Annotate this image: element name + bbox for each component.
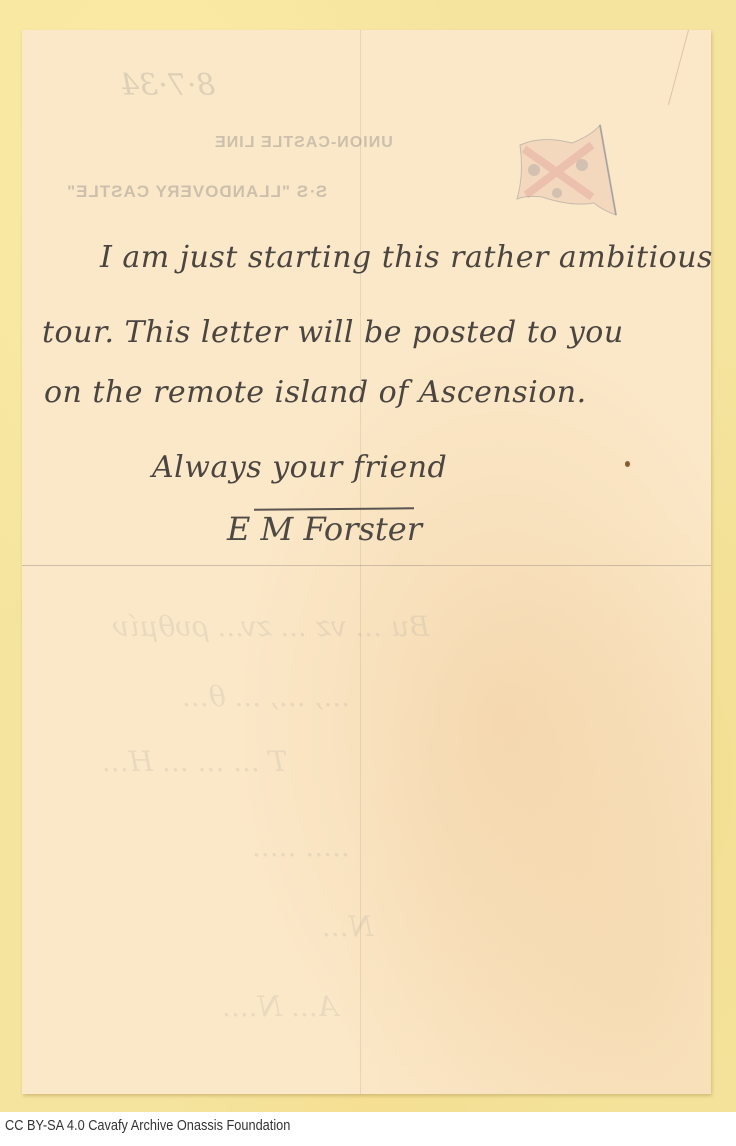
- showthrough-text: Ν...: [322, 910, 373, 943]
- closing: Always your friend: [152, 450, 447, 485]
- letter-line-1: I am just starting this rather ambitious: [100, 240, 713, 275]
- horizontal-fold-line: [22, 565, 711, 566]
- showthrough-text: ..., ..., ... θ...: [182, 680, 350, 713]
- signature: E M Forster: [227, 510, 422, 548]
- letter-line-2: tour. This letter will be posted to you: [42, 315, 624, 350]
- showthrough-text: Τ ... ... ... Η...: [102, 745, 288, 778]
- flag-icon: [512, 115, 622, 220]
- ink-spot: [625, 461, 630, 467]
- letterhead: 8·7·34 UNION-CASTLE LINE S·S "LLANDOVERY…: [22, 30, 711, 230]
- letterhead-date: 8·7·34: [120, 68, 215, 103]
- letterhead-ship: S·S "LLANDOVERY CASTLE": [66, 182, 327, 202]
- showthrough-text: Bu ... vz ... zv... ρυθμίν: [112, 610, 430, 643]
- showthrough-text: Α... Ν....: [222, 990, 338, 1023]
- showthrough-text: ..... .....: [252, 830, 350, 863]
- letter-line-3: on the remote island of Ascension.: [44, 375, 587, 410]
- letterhead-company: UNION-CASTLE LINE: [214, 134, 393, 152]
- letter-sheet: 8·7·34 UNION-CASTLE LINE S·S "LLANDOVERY…: [22, 30, 711, 1094]
- archive-mount-background: 8·7·34 UNION-CASTLE LINE S·S "LLANDOVERY…: [0, 0, 736, 1112]
- license-caption: CC BY-SA 4.0 Cavafy Archive Onassis Foun…: [5, 1118, 290, 1134]
